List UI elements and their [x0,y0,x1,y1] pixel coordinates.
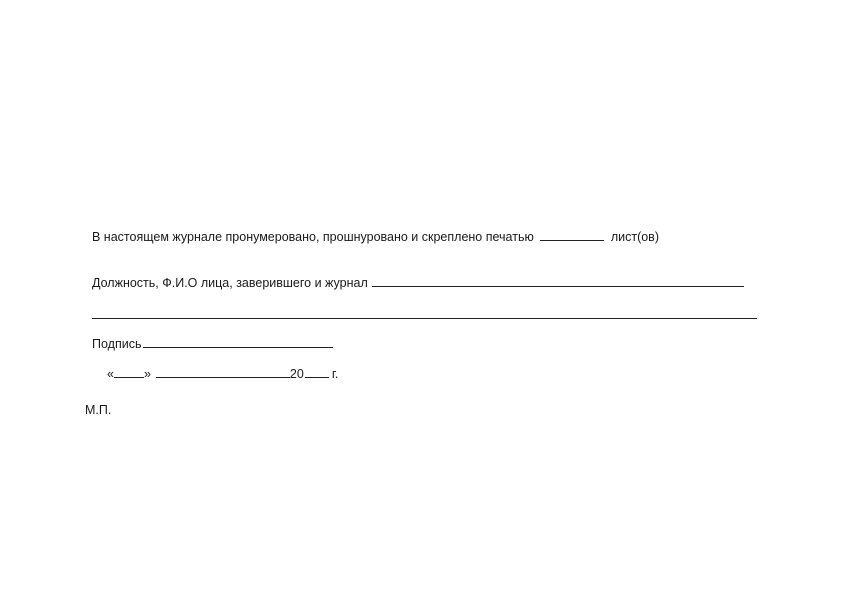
year-field[interactable] [305,365,329,378]
date-row: «»20г. [107,365,338,382]
open-quote: « [107,367,114,381]
stamp-place-label: М.П. [85,402,111,418]
pages-count-field[interactable] [540,228,604,241]
statement-text: В настоящем журнале пронумеровано, прошн… [92,230,534,244]
day-field[interactable] [114,365,144,378]
pages-count-statement: В настоящем журнале пронумеровано, прошн… [92,228,659,245]
close-quote: » [144,367,151,381]
certifier-position-row: Должность, Ф.И.О лица, заверившего и жур… [92,274,744,291]
certifier-continuation-row [92,306,757,323]
certifier-label: Должность, Ф.И.О лица, заверившего и жур… [92,276,368,290]
sheets-label: лист(ов) [611,230,659,244]
signature-field[interactable] [143,335,333,348]
year-prefix: 20 [290,367,304,381]
signature-row: Подпись [92,335,333,352]
certifier-field[interactable] [372,274,744,287]
year-suffix: г. [332,367,339,381]
certifier-field-continuation[interactable] [92,306,757,319]
month-field[interactable] [156,365,290,378]
signature-label: Подпись [92,337,141,351]
